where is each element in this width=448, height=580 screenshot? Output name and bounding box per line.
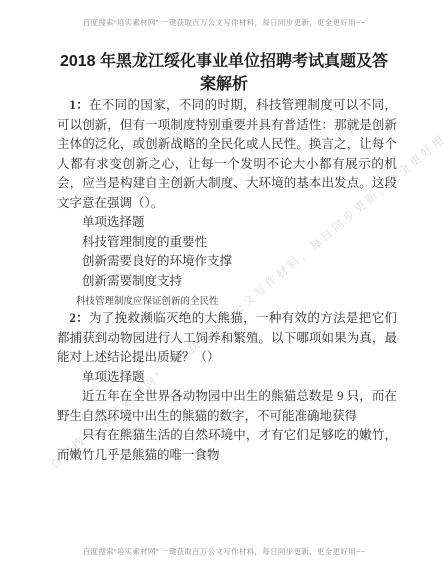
question-2-stem: 2：为了挽救濒临灭绝的大熊猫，一种有效的方法是把它们都捕获到动物园进行人工饲养和… (57, 309, 397, 368)
question-1-option-1: 科技管理制度的重要性 (57, 233, 397, 253)
question-2-option-1: 近五年在全世界各动物园中出生的熊猫总数是 9 只，而在野生自然环境中出生的熊猫的… (57, 387, 397, 426)
footer-promo-text: 百度搜索“培实素材网” 一键获取百万公文写作材料，每日同步更新，更全更好用~~ (0, 546, 448, 557)
question-1-number: 1： (70, 98, 89, 112)
header-promo-text: 百度搜索“培实素材网” 一键获取百万公文写作材料，每日同步更新，更全更好用~~ (0, 17, 448, 28)
question-2-number: 2： (70, 311, 89, 325)
question-1-option-2: 创新需要良好的环境作支撑 (57, 252, 397, 272)
question-2-option-2: 只有在熊猫生活的自然环境中，才有它们足够吃的嫩竹，而嫩竹几乎是熊猫的唯一食物 (57, 426, 397, 465)
question-2-text: 为了挽救濒临灭绝的大熊猫，一种有效的方法是把它们都捕获到动物园进行人工饲养和繁殖… (57, 311, 397, 364)
question-2-type-label: 单项选择题 (57, 368, 397, 388)
question-1-type-label: 单项选择题 (57, 213, 397, 233)
document-page: 百度搜索“培实素材网” 一键获取百万公文写作材料，每日同步更新，更全更好用 百度… (0, 0, 448, 580)
question-1-option-3: 创新需要制度支持 (57, 272, 397, 292)
document-content: 1：在不同的国家，不同的时期，科技管理制度可以不同，可以创新，但有一项制度特别重… (0, 96, 448, 465)
question-1-stem: 1：在不同的国家，不同的时期，科技管理制度可以不同，可以创新，但有一项制度特别重… (57, 96, 397, 213)
question-1-option-4: 科技管理制度应保证创新的全民性 (57, 295, 397, 309)
question-1-text: 在不同的国家，不同的时期，科技管理制度可以不同，可以创新，但有一项制度特别重要并… (57, 98, 397, 210)
page-title: 2018 年黑龙江绥化事业单位招聘考试真题及答案解析 (55, 50, 393, 96)
